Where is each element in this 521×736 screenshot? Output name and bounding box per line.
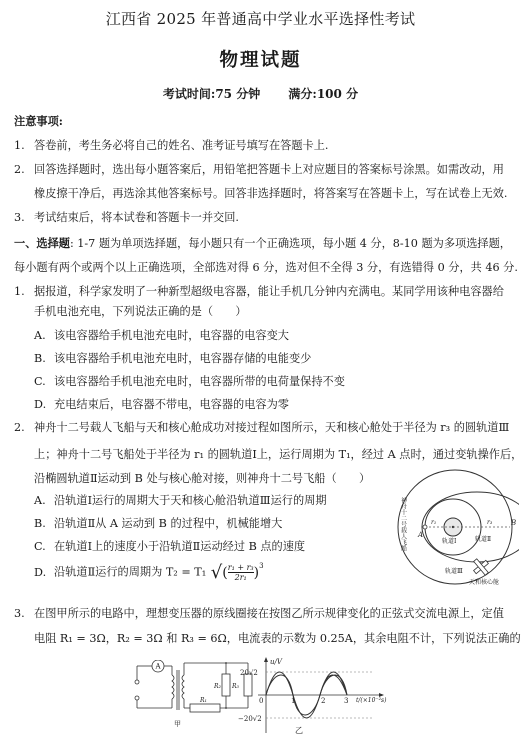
question-2-option-a[interactable]: A.沿轨道Ⅰ运行的周期大于天和核心舱沿轨道Ⅲ运行的周期	[34, 492, 327, 508]
station-label: 天和核心舱	[469, 578, 499, 586]
x-tick-3: 3	[344, 697, 348, 705]
period-formula: √ ( r₁ + r₃ 2r₁ ) 3	[210, 562, 264, 583]
question-1-option-b[interactable]: B.该电容器给手机电池充电时，电容器存储的电能变少	[34, 350, 311, 366]
question-2-stem: 2.神舟十二号载人飞船与天和核心舱成功对接过程如图所示，天和核心舱处于半径为 r…	[14, 419, 509, 435]
y-max-label: 20√2	[240, 669, 258, 677]
question-3-stem-cont: 电阻 R₁ = 3Ω，R₂ = 3Ω 和 R₃ = 6Ω，电流表的示数为 0.2…	[34, 630, 521, 646]
exam-score: 满分:100 分	[288, 87, 358, 101]
question-2-option-d[interactable]: D.沿轨道Ⅱ运行的周期为 T₂ = T₁ √ ( r₁ + r₃ 2r₁ ) 3	[34, 562, 264, 583]
section-intro-cont: 每小题有两个或两个以上正确选项，全部选对得 6 分，选对但不全得 3 分，有选错…	[14, 259, 518, 275]
x-axis-label: t/(×10⁻²s)	[356, 697, 387, 704]
section-heading: 一、选择题	[14, 236, 70, 250]
r3-label: r₃	[487, 519, 493, 526]
exam-time: 考试时间:75 分钟	[163, 87, 260, 101]
orbit1-label: 轨道Ⅰ	[442, 537, 457, 545]
point-a-label: A	[417, 531, 423, 539]
subject-title: 物理试题	[0, 46, 521, 72]
figure-jia-caption: 甲	[174, 720, 181, 728]
question-1-option-d[interactable]: D.充电结束后，电容器不带电，电容器的电容为零	[34, 396, 289, 412]
r2-label: R₂	[213, 683, 222, 690]
question-1-stem: 1.据报道，科学家发明了一种新型超级电容器，能让手机几分钟内充满电。某同学用该种…	[14, 283, 504, 299]
notice-item-2-cont: 橡皮擦干净后，再选涂其他答案标号。回答非选择题时，将答案写在答题卡上，写在试卷上…	[34, 185, 507, 201]
notice-item-2: 2.回答选择题时，选出每小题答案后，用铅笔把答题卡上对应题目的答案标号涂黑。如需…	[14, 161, 504, 177]
exam-info: 考试时间:75 分钟 满分:100 分	[0, 85, 521, 102]
notice-item-1: 1.答卷前，考生务必将自己的姓名、准考证号填写在答题卡上.	[14, 137, 328, 153]
question-1-option-a[interactable]: A.该电容器给手机电池充电时，电容器的电容变大	[34, 327, 289, 343]
notice-heading: 注意事项:	[14, 113, 63, 129]
question-2-option-c[interactable]: C.在轨道Ⅰ上的速度小于沿轨道Ⅱ运动经过 B 点的速度	[34, 538, 305, 554]
question-1-option-c[interactable]: C.该电容器给手机电池充电时，电容器所带的电荷量保持不变	[34, 373, 345, 389]
question-2-stem-cont-1: 上；神舟十二号飞船处于半径为 r₁ 的圆轨道Ⅰ上，运行周期为 T₁，经过 A 点…	[34, 446, 521, 462]
circuit-diagram: A R₁ R₂ R₃ 甲	[130, 660, 255, 735]
ship-label: 神舟十二号载人飞船	[400, 496, 407, 552]
ammeter-label: A	[155, 663, 162, 671]
r1-label: R₁	[199, 697, 207, 704]
notice-item-3: 3.考试结束后，将本试卷和答题卡一并交回.	[14, 209, 239, 225]
x-tick-2: 2	[321, 697, 325, 705]
orbit-diagram: A B r₁ r₃ 轨道Ⅰ 轨道Ⅱ 轨道Ⅲ 天和核心舱 神舟十二号载人飞船	[395, 465, 519, 595]
x-tick-1: 1	[291, 697, 295, 705]
question-2-stem-cont-2: 沿椭圆轨道Ⅱ运动到 B 处与核心舱对接，则神舟十二号飞船（ ）	[34, 470, 370, 486]
exam-title: 江西省 2025 年普通高中学业水平选择性考试	[0, 8, 521, 29]
question-3-stem: 3.在图甲所示的电路中，理想变压器的原线圈接在按图乙所示规律变化的正弦式交流电源…	[14, 605, 504, 621]
voltage-chart: u/V 20√2 −20√2 0 1 2 3 t/(×10⁻²s) 乙	[238, 655, 403, 736]
origin-label: 0	[259, 697, 263, 705]
section-intro: 一、选择题: 1-7 题为单项选择题，每小题只有一个正确选项，每小题 4 分，8…	[14, 235, 511, 251]
question-2-option-b[interactable]: B.沿轨道Ⅱ从 A 运动到 B 的过程中，机械能增大	[34, 515, 282, 531]
y-axis-label: u/V	[270, 658, 283, 666]
y-min-label: −20√2	[238, 715, 262, 723]
r1-label: r₁	[431, 519, 436, 526]
point-b-label: B	[510, 519, 516, 527]
orbit2-label: 轨道Ⅱ	[475, 535, 491, 543]
figure-yi-caption: 乙	[295, 726, 303, 735]
orbit3-label: 轨道Ⅲ	[445, 567, 463, 575]
question-1-stem-cont: 手机电池充电，下列说法正确的是（ ）	[34, 303, 247, 319]
